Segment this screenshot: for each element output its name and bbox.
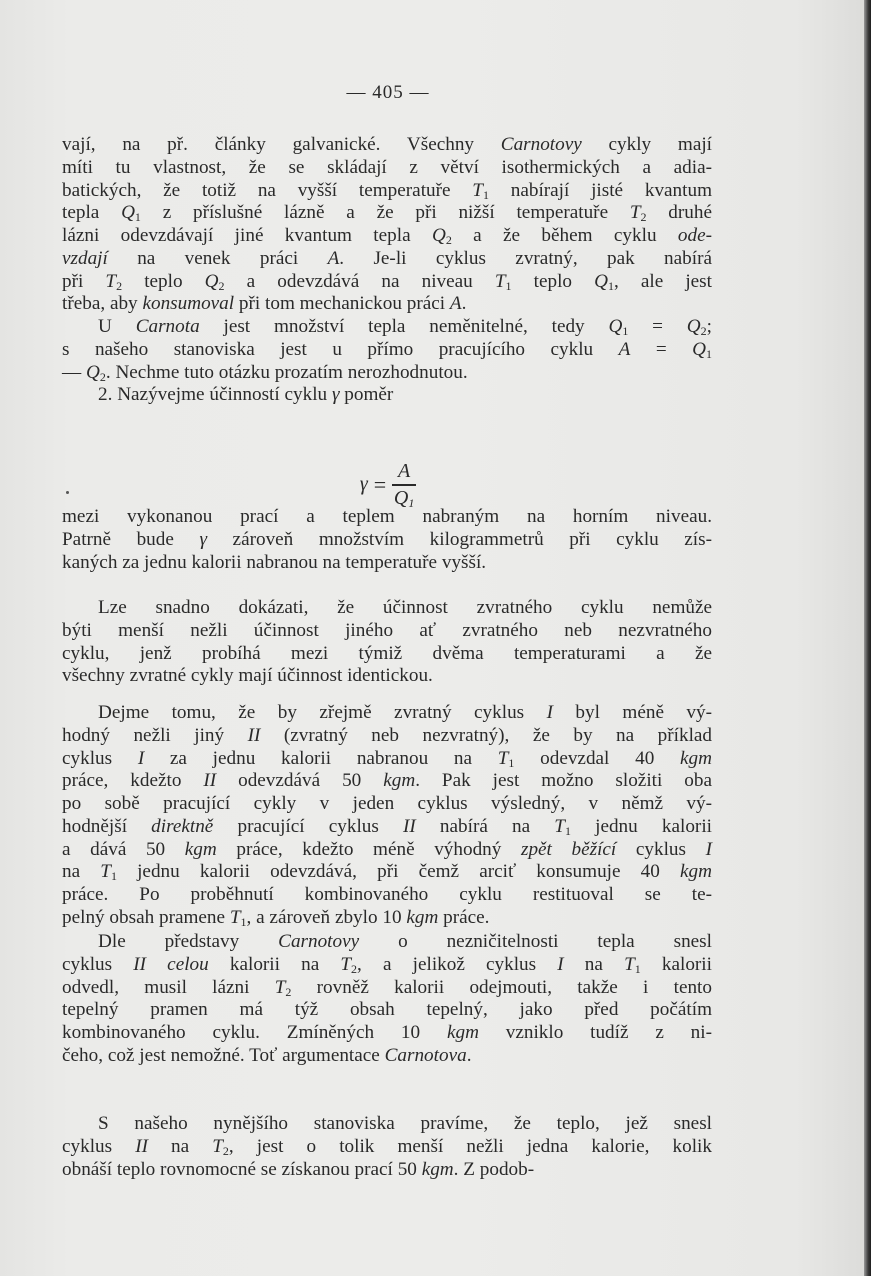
subscript: 1	[565, 824, 571, 838]
italic-term: kgm	[185, 839, 217, 860]
text-line: kombinovaného cyklu. Zmíněných 10 kgm vz…	[62, 1022, 712, 1045]
italic-term: A	[328, 248, 340, 269]
italic-term: II	[403, 816, 416, 837]
subscript: 2	[285, 985, 291, 999]
italic-term: T	[495, 271, 506, 292]
paragraph-carnot-argument: Dle představy Carnotovy o nezničitelnost…	[62, 931, 712, 1068]
italic-term: Carnotova	[385, 1045, 467, 1066]
subscript: 1	[135, 210, 141, 224]
subscript: 2	[701, 324, 707, 338]
formula-gamma: γ	[360, 473, 368, 496]
italic-term: Q	[692, 339, 706, 360]
text-line: mezi vykonanou prací a teplem nabraným n…	[62, 506, 712, 529]
text-line: všechny zvratné cykly mají účinnost iden…	[62, 665, 712, 688]
text-line: s našeho stanoviska jest u přímo pracují…	[62, 339, 712, 362]
italic-term: γ	[332, 384, 340, 405]
paragraph-work-heat-ratio: mezi vykonanou prací a teplem nabraným n…	[62, 506, 712, 574]
italic-term: γ	[199, 529, 207, 550]
italic-term: Q	[121, 202, 135, 223]
text-line: kaných za jednu kalorii nabranou na temp…	[62, 552, 712, 575]
text-line: Dejme tomu, že by zřejmě zvratný cyklus …	[62, 702, 712, 725]
subscript: 2	[219, 279, 225, 293]
subscript: 1	[508, 756, 514, 770]
italic-term: ode-	[678, 225, 712, 246]
subscript: 2	[100, 370, 106, 384]
italic-term: Q	[687, 316, 701, 337]
paragraph-carnot-heat: U Carnota jest množství tepla neměniteln…	[62, 316, 712, 384]
text-line: čeho, což jest nemožné. Toť argumentace …	[62, 1045, 712, 1068]
text-line: Lze snadno dokázati, že účinnost zvratné…	[62, 597, 712, 620]
paragraph-efficiency-definition: 2. Nazývejme účinností cyklu γ poměr	[62, 384, 712, 407]
italic-term: kgm	[680, 748, 712, 769]
text-line: vzdají na venek práci A. Je-li cyklus zv…	[62, 248, 712, 271]
book-page: — 405 — vají, na př. články galvanické. …	[0, 0, 864, 1276]
italic-term: T	[630, 202, 641, 223]
italic-term: I	[557, 954, 563, 975]
italic-term: Carnotovy	[278, 931, 359, 952]
formula-equals: =	[374, 472, 386, 498]
italic-term: zpět běžící	[521, 839, 616, 860]
italic-term: T	[275, 977, 286, 998]
text-line: lázni odevzdávají jiné kvantum tepla Q2 …	[62, 225, 712, 248]
italic-term: I	[138, 748, 144, 769]
subscript: 2	[223, 1144, 229, 1158]
text-line: 2. Nazývejme účinností cyklu γ poměr	[62, 384, 712, 407]
text-line: práce. Po proběhnutí kombinovaného cyklu…	[62, 884, 712, 907]
page-number: — 405 —	[0, 82, 776, 104]
italic-term: T	[472, 180, 483, 201]
italic-term: Carnota	[136, 316, 200, 337]
page-edge-shadow	[864, 0, 871, 1276]
italic-term: Q	[86, 362, 100, 383]
text-line: tepla Q1 z příslušné lázně a že při nižš…	[62, 202, 712, 225]
text-line: na T1 jednu kalorii odevzdává, při čemž …	[62, 861, 712, 884]
subscript: 1	[483, 188, 489, 202]
subscript: 1	[635, 962, 641, 976]
text-line: cyklus II na T2, jest o tolik menší nežl…	[62, 1136, 712, 1159]
text-line: odvedl, musil lázni T2 rovněž kalorii od…	[62, 977, 712, 1000]
scan-speck	[66, 491, 69, 494]
italic-term: II	[203, 770, 216, 791]
italic-term: II	[248, 725, 261, 746]
text-line: Patrně bude γ zároveň množstvím kilogram…	[62, 529, 712, 552]
italic-term: Q	[608, 316, 622, 337]
italic-term: konsumoval	[142, 293, 234, 314]
text-line: tepelný pramen má týž obsah tepelný, jak…	[62, 999, 712, 1022]
italic-term: kgm	[680, 861, 712, 882]
italic-term: A	[450, 293, 462, 314]
text-line: — Q2. Nechme tuto otázku prozatím nerozh…	[62, 362, 712, 385]
subscript: 1	[111, 869, 117, 883]
italic-term: kgm	[447, 1022, 479, 1043]
italic-term: II celou	[133, 954, 208, 975]
efficiency-formula: γ = A Q1	[0, 460, 776, 510]
text-line: pelný obsah pramene T1, a zároveň zbylo …	[62, 907, 712, 930]
italic-term: kgm	[406, 907, 438, 928]
italic-term: T	[340, 954, 351, 975]
italic-term: I	[706, 839, 712, 860]
paragraph-continuation: vají, na př. články galvanické. Všechny …	[62, 134, 712, 316]
text-line: cyklus II celou kalorii na T2, a jelikož…	[62, 954, 712, 977]
text-line: a dává 50 kgm práce, kdežto méně výhodný…	[62, 839, 712, 862]
italic-term: T	[498, 748, 509, 769]
text-line: S našeho nynějšího stanoviska pravíme, ž…	[62, 1113, 712, 1136]
formula-fraction: A Q1	[392, 460, 416, 510]
subscript: 1	[622, 324, 628, 338]
italic-term: I	[547, 702, 553, 723]
italic-term: Q	[594, 271, 608, 292]
text-line: míti tu vlastnost, že se skládají z větv…	[62, 157, 712, 180]
text-line: hodný nežli jiný II (zvratný neb nezvrat…	[62, 725, 712, 748]
subscript: 2	[641, 210, 647, 224]
text-line: hodnější direktně pracující cyklus II na…	[62, 816, 712, 839]
paragraph-cycle-argument: Dejme tomu, že by zřejmě zvratný cyklus …	[62, 702, 712, 930]
text-line: obnáší teplo rovnomocné se získanou prac…	[62, 1159, 712, 1182]
subscript: 2	[446, 233, 452, 247]
text-line: Dle představy Carnotovy o nezničitelnost…	[62, 931, 712, 954]
text-line: vají, na př. články galvanické. Všechny …	[62, 134, 712, 157]
text-line: cyklu, jenž probíhá mezi týmiž dvěma tem…	[62, 643, 712, 666]
italic-term: kgm	[383, 770, 415, 791]
italic-term: T	[212, 1136, 223, 1157]
text-line: při T2 teplo Q2 a odevzdává na niveau T1…	[62, 271, 712, 294]
italic-term: Carnotovy	[501, 134, 582, 155]
subscript: 1	[506, 279, 512, 293]
text-line: cyklus I za jednu kalorii nabranou na T1…	[62, 748, 712, 771]
italic-term: T	[230, 907, 241, 928]
text-line: práce, kdežto II odevzdává 50 kgm. Pak j…	[62, 770, 712, 793]
subscript: 1	[241, 915, 247, 929]
italic-term: II	[135, 1136, 148, 1157]
italic-term: Q	[432, 225, 446, 246]
text-line: po sobě pracující cykly v jeden cyklus v…	[62, 793, 712, 816]
italic-term: kgm	[422, 1159, 454, 1180]
subscript: 1	[706, 347, 712, 361]
italic-term: T	[100, 861, 111, 882]
italic-term: Q	[205, 271, 219, 292]
italic-term: T	[105, 271, 116, 292]
text-line: třeba, aby konsumoval při tom mechanicko…	[62, 293, 712, 316]
text-line: U Carnota jest množství tepla neměniteln…	[62, 316, 712, 339]
italic-term: vzdají	[62, 248, 108, 269]
italic-term: A	[619, 339, 631, 360]
italic-term: T	[554, 816, 565, 837]
formula-numerator: A	[395, 460, 413, 484]
subscript: 1	[608, 279, 614, 293]
text-line: býti menší nežli účinnost jiného ať zvra…	[62, 620, 712, 643]
subscript: 2	[116, 279, 122, 293]
text-line: batických, že totiž na vyšší temperatuře…	[62, 180, 712, 203]
italic-term: T	[624, 954, 635, 975]
italic-term: direktně	[151, 816, 213, 837]
paragraph-modern-view: S našeho nynějšího stanoviska pravíme, ž…	[62, 1113, 712, 1181]
paragraph-reversible-efficiency: Lze snadno dokázati, že účinnost zvratné…	[62, 597, 712, 688]
subscript: 2	[351, 962, 357, 976]
